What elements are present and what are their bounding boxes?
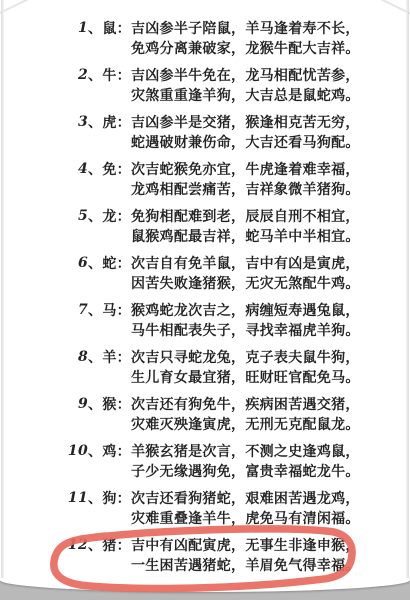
- enum-mark: 、: [88, 253, 102, 293]
- enum-mark: 、: [88, 535, 102, 575]
- enum-mark: 、: [88, 65, 102, 105]
- list-item: 8、羊： 次吉只寻蛇龙兔，克子表夫鼠牛狗， 生儿育女最宜猪，旺财旺官配免马。: [62, 347, 386, 387]
- verse-line-2: 灾煞重重逢羊狗，大吉总是鼠蛇鸡。: [131, 85, 360, 105]
- verse-line-2: 子少无缘遇狗免，富贵幸福蛇龙牛。: [131, 461, 360, 481]
- list-item: 10、鸡： 羊猴玄猪是次言，不测之史逢鸡鼠， 子少无缘遇狗免，富贵幸福蛇龙牛。: [62, 441, 386, 481]
- verse: 吉中有凶配寅虎，无事生非逢申猴， 一生困苦遇猪蛇，羊眉免气得幸福。: [131, 535, 360, 575]
- verse: 次吉蛇猴免亦宜，牛虎逢着难幸福， 龙鸡相配尝痛苦，吉祥象微羊猪狗。: [131, 159, 360, 199]
- verse-line-2: 因苦失败逢猪猴，无灾无煞配牛鸡。: [131, 273, 360, 293]
- verse: 免狗相配难到老，辰辰自刑不相宜， 鼠猴鸡配最吉祥，蛇马羊中半相宜。: [131, 206, 360, 246]
- verse-line-1: 吉凶参半子陪鼠，羊马逢着寿不长，: [131, 18, 360, 38]
- colon-mark: ：: [117, 112, 131, 152]
- zodiac-label: 鸡: [102, 441, 116, 481]
- verse-line-2: 蛇遇破财兼伤命，大吉还看马狗配。: [131, 132, 360, 152]
- verse: 次吉还有狗免牛，疾病困苦遇交猪， 灾难灭殃逢寅虎，无刑无克配鼠龙。: [131, 394, 360, 434]
- verse-line-1: 吉中有凶配寅虎，无事生非逢申猴，: [131, 535, 360, 555]
- item-prefix: 6、蛇：: [62, 253, 131, 293]
- verse: 次吉自有免羊鼠，吉中有凶是寅虎， 因苦失败逢猪猴，无灾无煞配牛鸡。: [131, 253, 360, 293]
- item-number: 5: [62, 206, 88, 246]
- list-item: 9、猴： 次吉还有狗免牛，疾病困苦遇交猪， 灾难灭殃逢寅虎，无刑无克配鼠龙。: [62, 394, 386, 434]
- zodiac-label: 蛇: [102, 253, 116, 293]
- enum-mark: 、: [88, 206, 102, 246]
- item-number: 6: [62, 253, 88, 293]
- zodiac-label: 牛: [102, 65, 116, 105]
- verse-line-1: 次吉还有狗免牛，疾病困苦遇交猪，: [131, 394, 360, 414]
- item-prefix: 8、羊：: [62, 347, 131, 387]
- colon-mark: ：: [117, 18, 131, 58]
- enum-mark: 、: [88, 488, 102, 528]
- item-number: 7: [62, 300, 88, 340]
- zodiac-label: 猴: [102, 394, 116, 434]
- list-item: 11、狗： 次吉还看狗猪蛇，艰难困苦遇龙鸡， 灾难重叠逢羊牛，虎免马有清闲福。: [62, 488, 386, 528]
- enum-mark: 、: [88, 159, 102, 199]
- item-number: 9: [62, 394, 88, 434]
- zodiac-label: 马: [102, 300, 116, 340]
- item-number: 11: [62, 488, 88, 528]
- enum-mark: 、: [88, 394, 102, 434]
- item-number: 3: [62, 112, 88, 152]
- list-item: 6、蛇： 次吉自有免羊鼠，吉中有凶是寅虎， 因苦失败逢猪猴，无灾无煞配牛鸡。: [62, 253, 386, 293]
- verse-line-1: 免狗相配难到老，辰辰自刑不相宜，: [131, 206, 360, 226]
- colon-mark: ：: [117, 206, 131, 246]
- verse-line-1: 次吉自有免羊鼠，吉中有凶是寅虎，: [131, 253, 360, 273]
- zodiac-label: 免: [102, 159, 116, 199]
- item-prefix: 3、虎：: [62, 112, 131, 152]
- colon-mark: ：: [117, 159, 131, 199]
- colon-mark: ：: [117, 488, 131, 528]
- verse-line-1: 羊猴玄猪是次言，不测之史逢鸡鼠，: [131, 441, 360, 461]
- item-prefix: 9、猴：: [62, 394, 131, 434]
- item-number: 12: [62, 535, 88, 575]
- zodiac-label: 鼠: [102, 18, 116, 58]
- item-number: 2: [62, 65, 88, 105]
- list-item: 4、免： 次吉蛇猴免亦宜，牛虎逢着难幸福， 龙鸡相配尝痛苦，吉祥象微羊猪狗。: [62, 159, 386, 199]
- verse: 吉凶参半是交猪，猴逢相克苦无穷， 蛇遇破财兼伤命，大吉还看马狗配。: [131, 112, 360, 152]
- verse-line-1: 猴鸡蛇龙次吉之，病缠短寿遇兔鼠，: [131, 300, 360, 320]
- verse-line-2: 生儿育女最宜猪，旺财旺官配免马。: [131, 367, 360, 387]
- item-prefix: 1、鼠：: [62, 18, 131, 58]
- list-item: 12、猪： 吉中有凶配寅虎，无事生非逢申猴， 一生困苦遇猪蛇，羊眉免气得幸福。: [62, 535, 386, 575]
- zodiac-label: 虎: [102, 112, 116, 152]
- item-number: 1: [62, 18, 88, 58]
- verse-line-1: 次吉蛇猴免亦宜，牛虎逢着难幸福，: [131, 159, 360, 179]
- enum-mark: 、: [88, 347, 102, 387]
- item-prefix: 7、马：: [62, 300, 131, 340]
- verse-line-1: 吉凶参半是交猪，猴逢相克苦无穷，: [131, 112, 360, 132]
- colon-mark: ：: [117, 441, 131, 481]
- item-number: 8: [62, 347, 88, 387]
- list-item: 3、虎： 吉凶参半是交猪，猴逢相克苦无穷， 蛇遇破财兼伤命，大吉还看马狗配。: [62, 112, 386, 152]
- item-prefix: 11、狗：: [62, 488, 131, 528]
- verse: 吉凶参半子陪鼠，羊马逢着寿不长， 免鸡分离兼破家，龙猴牛配大吉祥。: [131, 18, 360, 58]
- document-page: 1、鼠： 吉凶参半子陪鼠，羊马逢着寿不长， 免鸡分离兼破家，龙猴牛配大吉祥。 2…: [0, 0, 410, 592]
- colon-mark: ：: [117, 535, 131, 575]
- verse-line-2: 龙鸡相配尝痛苦，吉祥象微羊猪狗。: [131, 179, 360, 199]
- verse-line-1: 次吉只寻蛇龙兔，克子表夫鼠牛狗，: [131, 347, 360, 367]
- zodiac-label: 狗: [102, 488, 116, 528]
- enum-mark: 、: [88, 300, 102, 340]
- colon-mark: ：: [117, 65, 131, 105]
- verse-line-1: 次吉还看狗猪蛇，艰难困苦遇龙鸡，: [131, 488, 360, 508]
- item-prefix: 4、免：: [62, 159, 131, 199]
- verse-line-1: 吉凶参半牛免在，龙马相配忧苦参，: [131, 65, 360, 85]
- verse-line-2: 鼠猴鸡配最吉祥，蛇马羊中半相宜。: [131, 226, 360, 246]
- list-item: 1、鼠： 吉凶参半子陪鼠，羊马逢着寿不长， 免鸡分离兼破家，龙猴牛配大吉祥。: [62, 18, 386, 58]
- colon-mark: ：: [117, 300, 131, 340]
- colon-mark: ：: [117, 347, 131, 387]
- item-prefix: 5、龙：: [62, 206, 131, 246]
- enum-mark: 、: [88, 18, 102, 58]
- zodiac-label: 羊: [102, 347, 116, 387]
- list-item: 2、牛： 吉凶参半牛免在，龙马相配忧苦参， 灾煞重重逢羊狗，大吉总是鼠蛇鸡。: [62, 65, 386, 105]
- zodiac-label: 龙: [102, 206, 116, 246]
- item-prefix: 2、牛：: [62, 65, 131, 105]
- verse: 吉凶参半牛免在，龙马相配忧苦参， 灾煞重重逢羊狗，大吉总是鼠蛇鸡。: [131, 65, 360, 105]
- item-number: 4: [62, 159, 88, 199]
- verse-line-2: 灾难灭殃逢寅虎，无刑无克配鼠龙。: [131, 414, 360, 434]
- list-item: 7、马： 猴鸡蛇龙次吉之，病缠短寿遇兔鼠， 马牛相配表失子，寻找幸福虎羊狗。: [62, 300, 386, 340]
- verse-line-2: 一生困苦遇猪蛇，羊眉免气得幸福。: [131, 555, 360, 575]
- verse: 猴鸡蛇龙次吉之，病缠短寿遇兔鼠， 马牛相配表失子，寻找幸福虎羊狗。: [131, 300, 360, 340]
- zodiac-list: 1、鼠： 吉凶参半子陪鼠，羊马逢着寿不长， 免鸡分离兼破家，龙猴牛配大吉祥。 2…: [0, 0, 410, 582]
- colon-mark: ：: [117, 253, 131, 293]
- verse-line-2: 免鸡分离兼破家，龙猴牛配大吉祥。: [131, 38, 360, 58]
- item-number: 10: [62, 441, 88, 481]
- item-prefix: 10、鸡：: [62, 441, 131, 481]
- verse: 次吉只寻蛇龙兔，克子表夫鼠牛狗， 生儿育女最宜猪，旺财旺官配免马。: [131, 347, 360, 387]
- item-prefix: 12、猪：: [62, 535, 131, 575]
- enum-mark: 、: [88, 441, 102, 481]
- colon-mark: ：: [117, 394, 131, 434]
- zodiac-label: 猪: [102, 535, 116, 575]
- verse-line-2: 马牛相配表失子，寻找幸福虎羊狗。: [131, 320, 360, 340]
- verse: 羊猴玄猪是次言，不测之史逢鸡鼠， 子少无缘遇狗免，富贵幸福蛇龙牛。: [131, 441, 360, 481]
- verse: 次吉还看狗猪蛇，艰难困苦遇龙鸡， 灾难重叠逢羊牛，虎免马有清闲福。: [131, 488, 360, 528]
- verse-line-2: 灾难重叠逢羊牛，虎免马有清闲福。: [131, 508, 360, 528]
- list-item: 5、龙： 免狗相配难到老，辰辰自刑不相宜， 鼠猴鸡配最吉祥，蛇马羊中半相宜。: [62, 206, 386, 246]
- enum-mark: 、: [88, 112, 102, 152]
